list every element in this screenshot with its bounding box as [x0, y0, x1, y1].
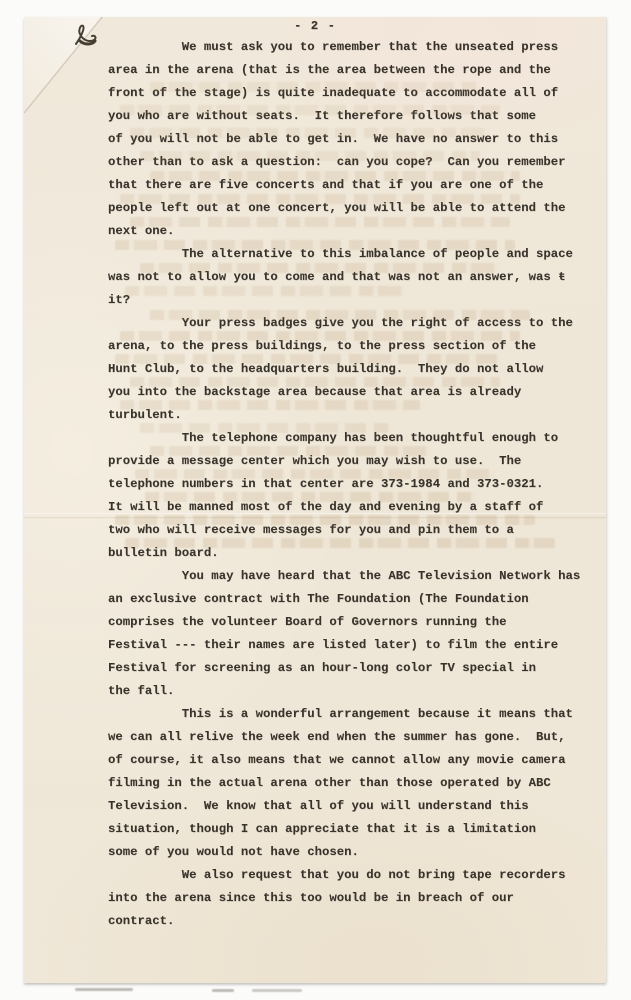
bleedthrough-smudge [130, 377, 500, 387]
bleedthrough-smudge [115, 515, 535, 525]
page-number: - 2 - [24, 19, 606, 33]
bleedthrough-smudge [140, 151, 480, 161]
bleedthrough-smudge [120, 400, 420, 410]
bleedthrough-smudge [115, 240, 515, 250]
scan-background: - 2 - We must ask you to remember that t… [0, 0, 631, 1000]
paragraph-unseated-press: We must ask you to remember that the uns… [108, 36, 608, 243]
bleedthrough-smudge [130, 128, 490, 138]
bleedthrough-smudge [150, 446, 430, 456]
bleedthrough-smudge [120, 194, 520, 204]
bleedthrough-smudge [135, 469, 495, 479]
page-edge-shadow [252, 989, 302, 992]
paragraph-abc-contract: You may have heard that the ABC Televisi… [108, 565, 608, 703]
bleedthrough-smudge [140, 423, 390, 433]
bleedthrough-smudge [125, 538, 555, 548]
bleedthrough-smudge [120, 331, 520, 341]
bleedthrough-smudge [150, 82, 480, 92]
bleedthrough-smudge [145, 492, 475, 502]
bleedthrough-smudge [120, 105, 500, 115]
typewritten-page: - 2 - We must ask you to remember that t… [24, 17, 606, 983]
bleedthrough-smudge [130, 217, 510, 227]
page-edge-shadow [212, 989, 234, 992]
bleedthrough-smudge [115, 354, 505, 364]
paragraph-alternative: The alternative to this imbalance of peo… [108, 243, 608, 312]
bleedthrough-smudge [125, 286, 405, 296]
bleedthrough-smudge [150, 310, 530, 320]
bleedthrough-smudge [140, 263, 500, 273]
paragraph-tape-recorders: We also request that you do not bring ta… [108, 864, 608, 933]
paragraph-filming-limits: This is a wonderful arrangement because … [108, 703, 608, 864]
page-edge-shadow [75, 988, 133, 991]
bleedthrough-smudge [150, 171, 520, 181]
